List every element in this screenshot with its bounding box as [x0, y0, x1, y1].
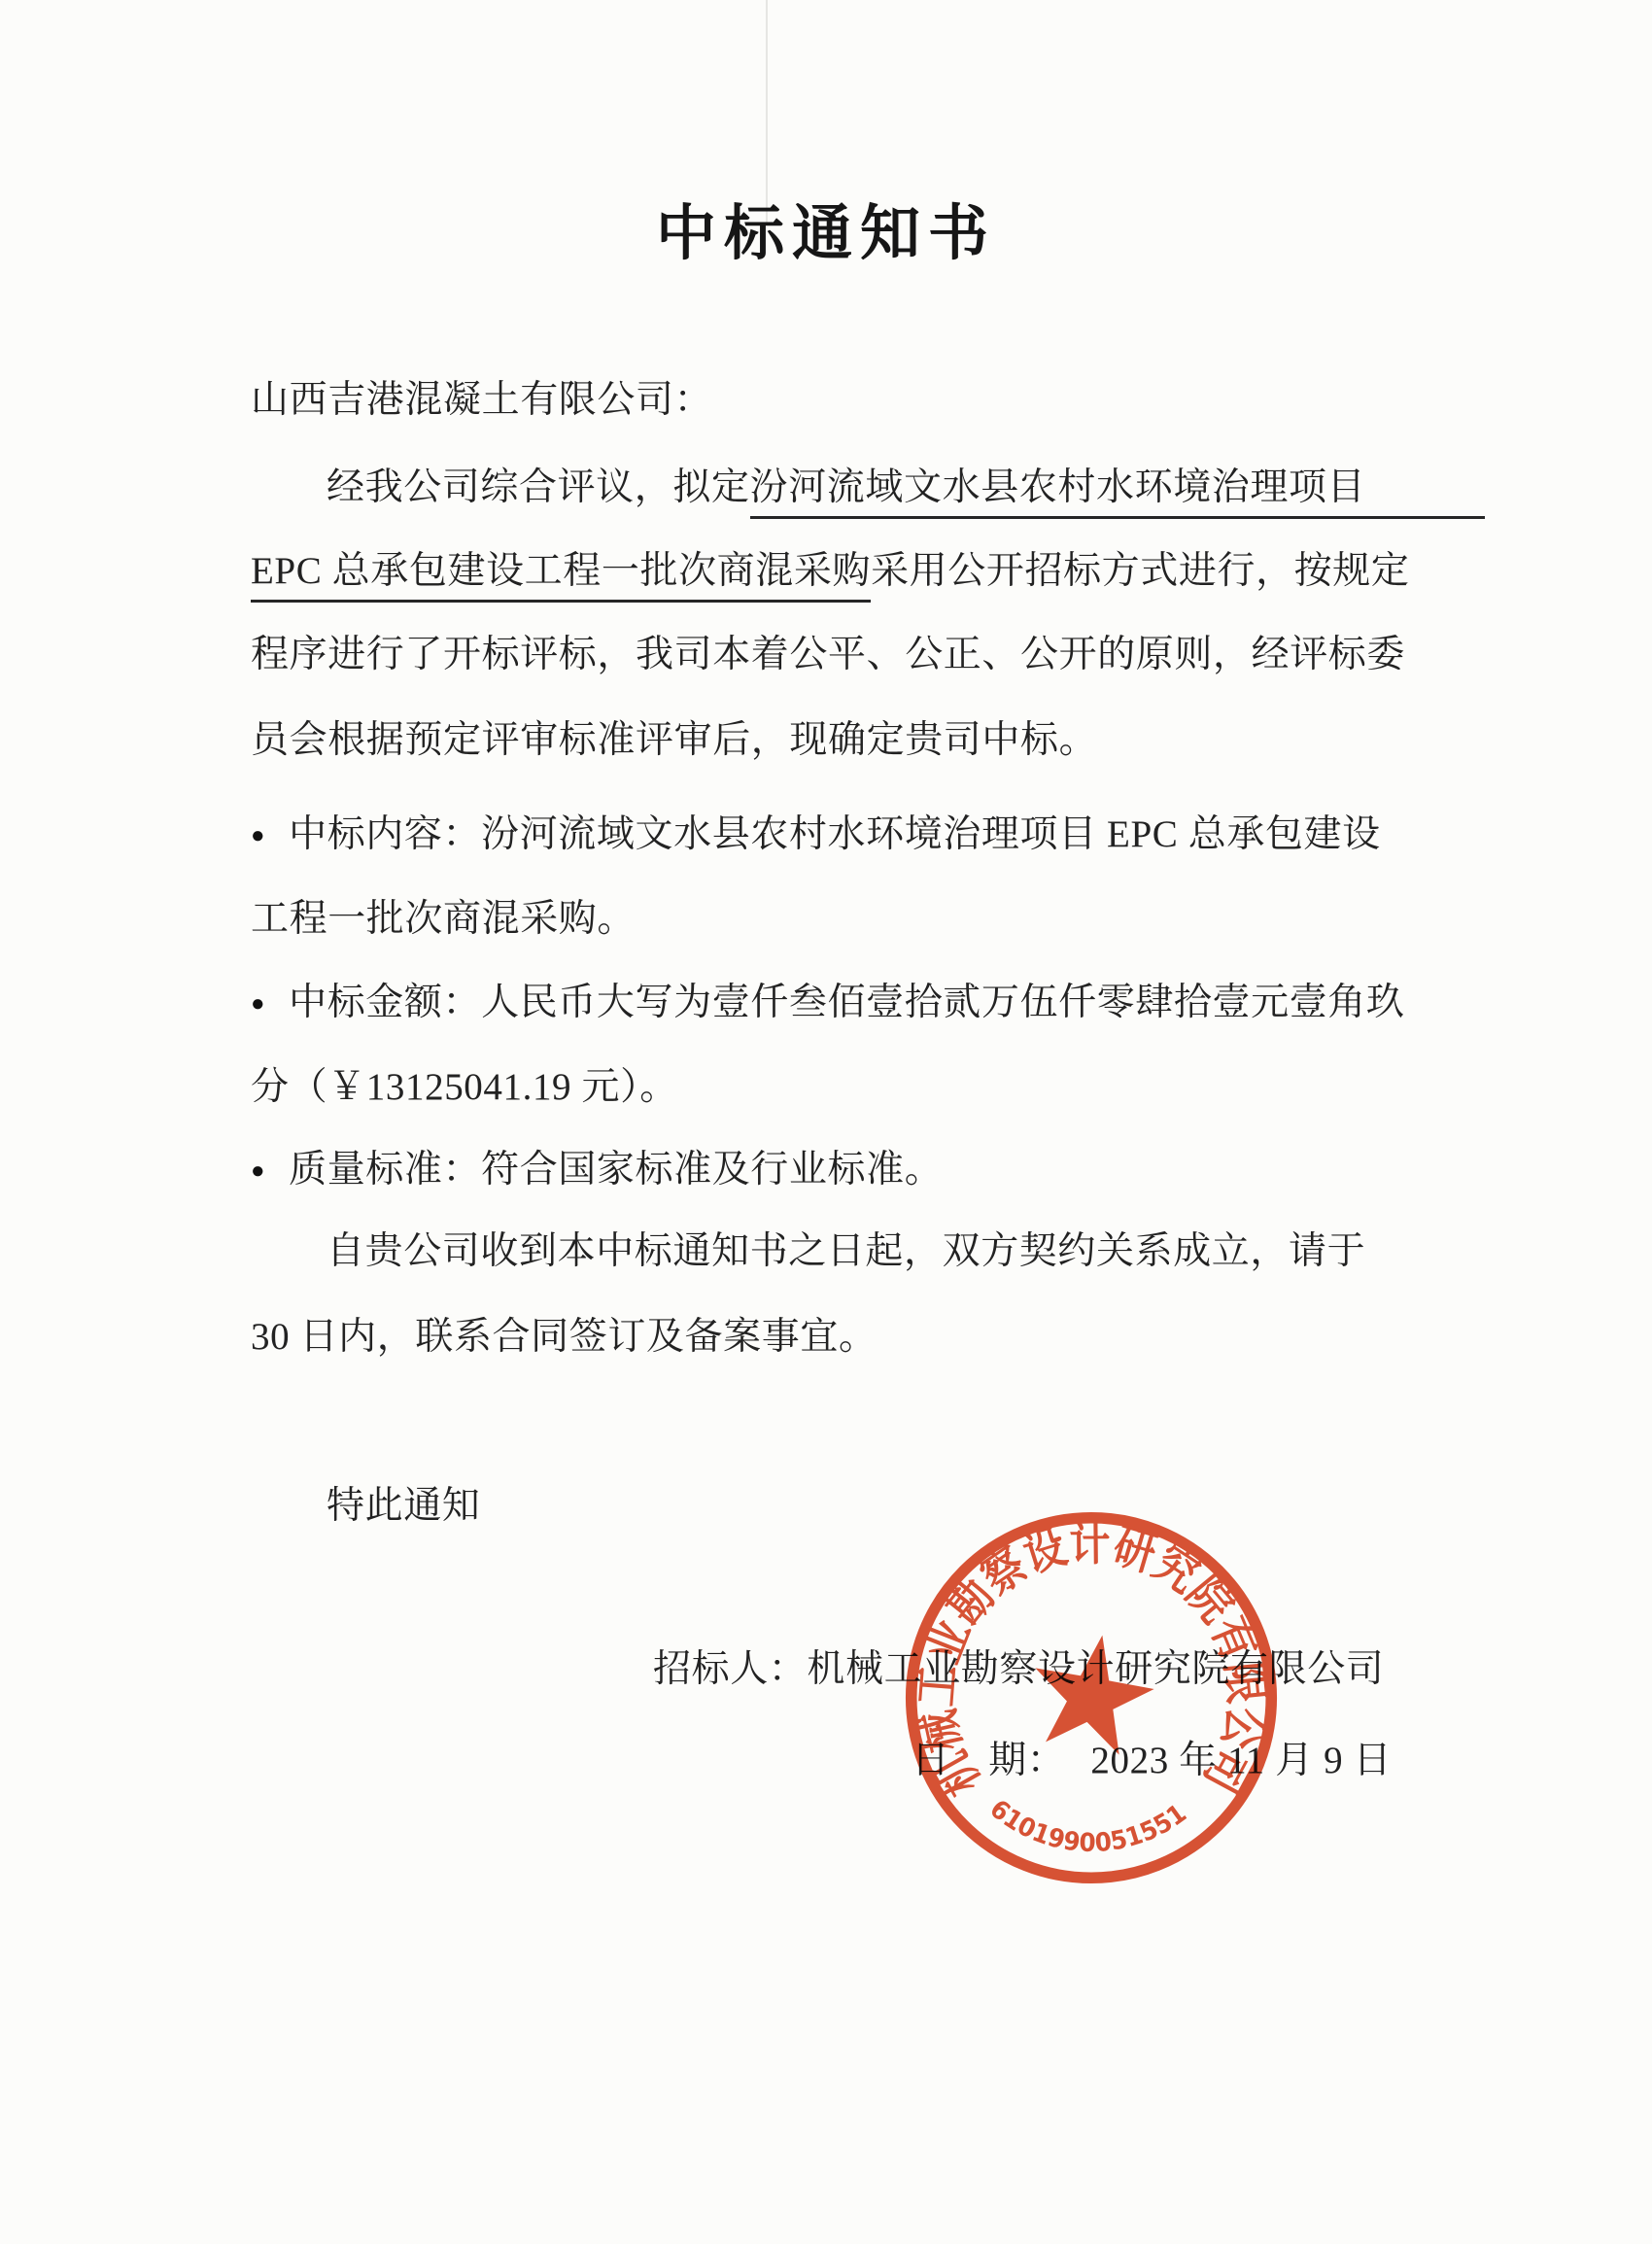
paragraph-line-4: 员会根据预定评审标准评审后，现确定贵司中标。: [251, 715, 1409, 766]
document-title: 中标通知书: [0, 185, 1652, 271]
bidder-label: 招标人：: [653, 1648, 807, 1690]
bullet-amount-text: 中标金额：人民币大写为壹仟叁佰壹拾贰万伍仟零肆拾壹元壹角玖: [289, 978, 1404, 1028]
bullet-item-content: ● 中标内容：汾河流域文水县农村水环境治理项目 EPC 总承包建设: [251, 810, 1409, 860]
paragraph-line-2: EPC 总承包建设工程一批次商混采购采用公开招标方式进行，按规定: [251, 546, 1409, 603]
seal-star-icon: [1035, 1636, 1153, 1755]
paragraph-line-1: 经我公司综合评议，拟定汾河流域文水县农村水环境治理项目: [251, 463, 1485, 519]
bullet-item-quality: ● 质量标准：符合国家标准及行业标准。: [251, 1145, 1409, 1195]
seal-number-arc-text: 6101990051551: [984, 1795, 1192, 1859]
bullet-icon: ●: [251, 811, 265, 861]
bullet-quality-text: 质量标准：符合国家标准及行业标准。: [289, 1145, 943, 1195]
bullet-icon: ●: [251, 1146, 265, 1196]
paragraph-line-3: 程序进行了开标评标，我司本着公平、公正、公开的原则，经评标委: [251, 630, 1409, 680]
company-seal: 机械工业勘察设计研究院有限公司 6101990051551: [897, 1503, 1286, 1892]
paragraph-line-1-normal: 经我公司综合评议，拟定: [327, 463, 750, 519]
bullet-item-amount: ● 中标金额：人民币大写为壹仟叁佰壹拾贰万伍仟零肆拾壹元壹角玖: [251, 978, 1409, 1028]
paragraph-line-2-underlined: EPC 总承包建设工程一批次商混采购: [251, 546, 871, 603]
bullet-content-text-continued: 工程一批次商混采购。: [251, 894, 1409, 945]
scanned-document-page: 中标通知书 山西吉港混凝土有限公司： 经我公司综合评议，拟定汾河流域文水县农村水…: [0, 0, 1652, 2244]
closing-line-1: 自贵公司收到本中标通知书之日起，双方契约关系成立，请于: [251, 1226, 1485, 1277]
bullet-icon: ●: [251, 979, 265, 1029]
bullet-amount-text-continued: 分（￥13125041.19 元）。: [251, 1062, 1409, 1113]
bullet-content-text: 中标内容：汾河流域文水县农村水环境治理项目 EPC 总承包建设: [289, 810, 1381, 860]
closing-line-2: 30 日内，联系合同签订及备案事宜。: [251, 1312, 1409, 1363]
recipient-line: 山西吉港混凝土有限公司：: [251, 375, 1409, 426]
svg-text:6101990051551: 6101990051551: [984, 1795, 1192, 1859]
paragraph-line-1-underlined: 汾河流域文水县农村水环境治理项目: [750, 463, 1485, 519]
paragraph-line-2-normal: 采用公开招标方式进行，按规定: [871, 546, 1409, 603]
notice-line: 特此通知: [251, 1481, 1485, 1532]
